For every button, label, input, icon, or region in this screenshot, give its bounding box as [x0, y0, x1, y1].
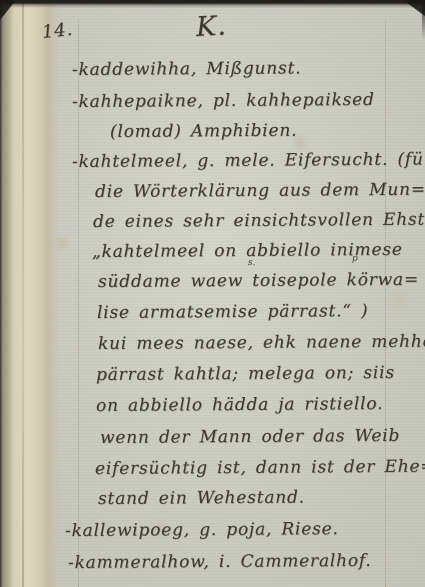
text-line-wehestand: stand ein Wehestand. [98, 488, 305, 509]
manuscript-scan: 14. K. -kaddewihha, Mißgunst. -kahhepaik… [0, 0, 425, 587]
text-line-worterklaerung: die Wörterklärung aus dem Mun= [95, 180, 425, 202]
quote-line-2: süddame waew toisepole körwa= [98, 270, 419, 292]
text-line-abbiello: on abbiello hädda ja ristiello. [96, 394, 383, 416]
text-line-wenn-der-mann: wenn der Mann oder das Weib [100, 426, 400, 448]
ruled-margin-line-right [385, 20, 386, 587]
scan-corner-top-left [0, 0, 16, 20]
correction-mark-korwa: p [352, 254, 358, 264]
entry-line-kallewipoeg: -kallewipoeg, g. poja, Riese. [65, 519, 339, 541]
text-line-parrast: pärrast kahtla; melega on; siis [96, 363, 395, 385]
text-line-einsichtsvoll: de eines sehr einsichtsvollen Ehsten: [93, 209, 425, 232]
book-binding-fold [0, 0, 60, 587]
scan-top-edge [0, 0, 425, 8]
quote-line-3: lise armatsemise pärrast.“ ) [97, 301, 369, 323]
entry-line-kaddewihha: -kaddewihha, Mißgunst. [72, 58, 302, 80]
correction-mark-toisepole: s. [248, 258, 256, 268]
entry-line-kahhepaikne: -kahhepaikne, pl. kahhepaiksed [72, 90, 375, 112]
text-line-kui-mees: kui mees naese, ehk naene mehhe [98, 332, 425, 354]
text-line-eifersuechtig: eifersüchtig ist, dann ist der Ehe= [95, 457, 425, 479]
entry-line-amphibien: (lomad) Amphibien. [110, 121, 297, 142]
binding-crease-line [22, 0, 24, 587]
page-number: 14. [41, 19, 74, 43]
section-letter-heading: K. [195, 10, 227, 43]
entry-line-kammeralhow: -kammeralhow, i. Cammeralhof. [68, 551, 372, 573]
entry-line-kahtelmeel: -kahtelmeel, g. mele. Eifersucht. (für [72, 149, 425, 172]
